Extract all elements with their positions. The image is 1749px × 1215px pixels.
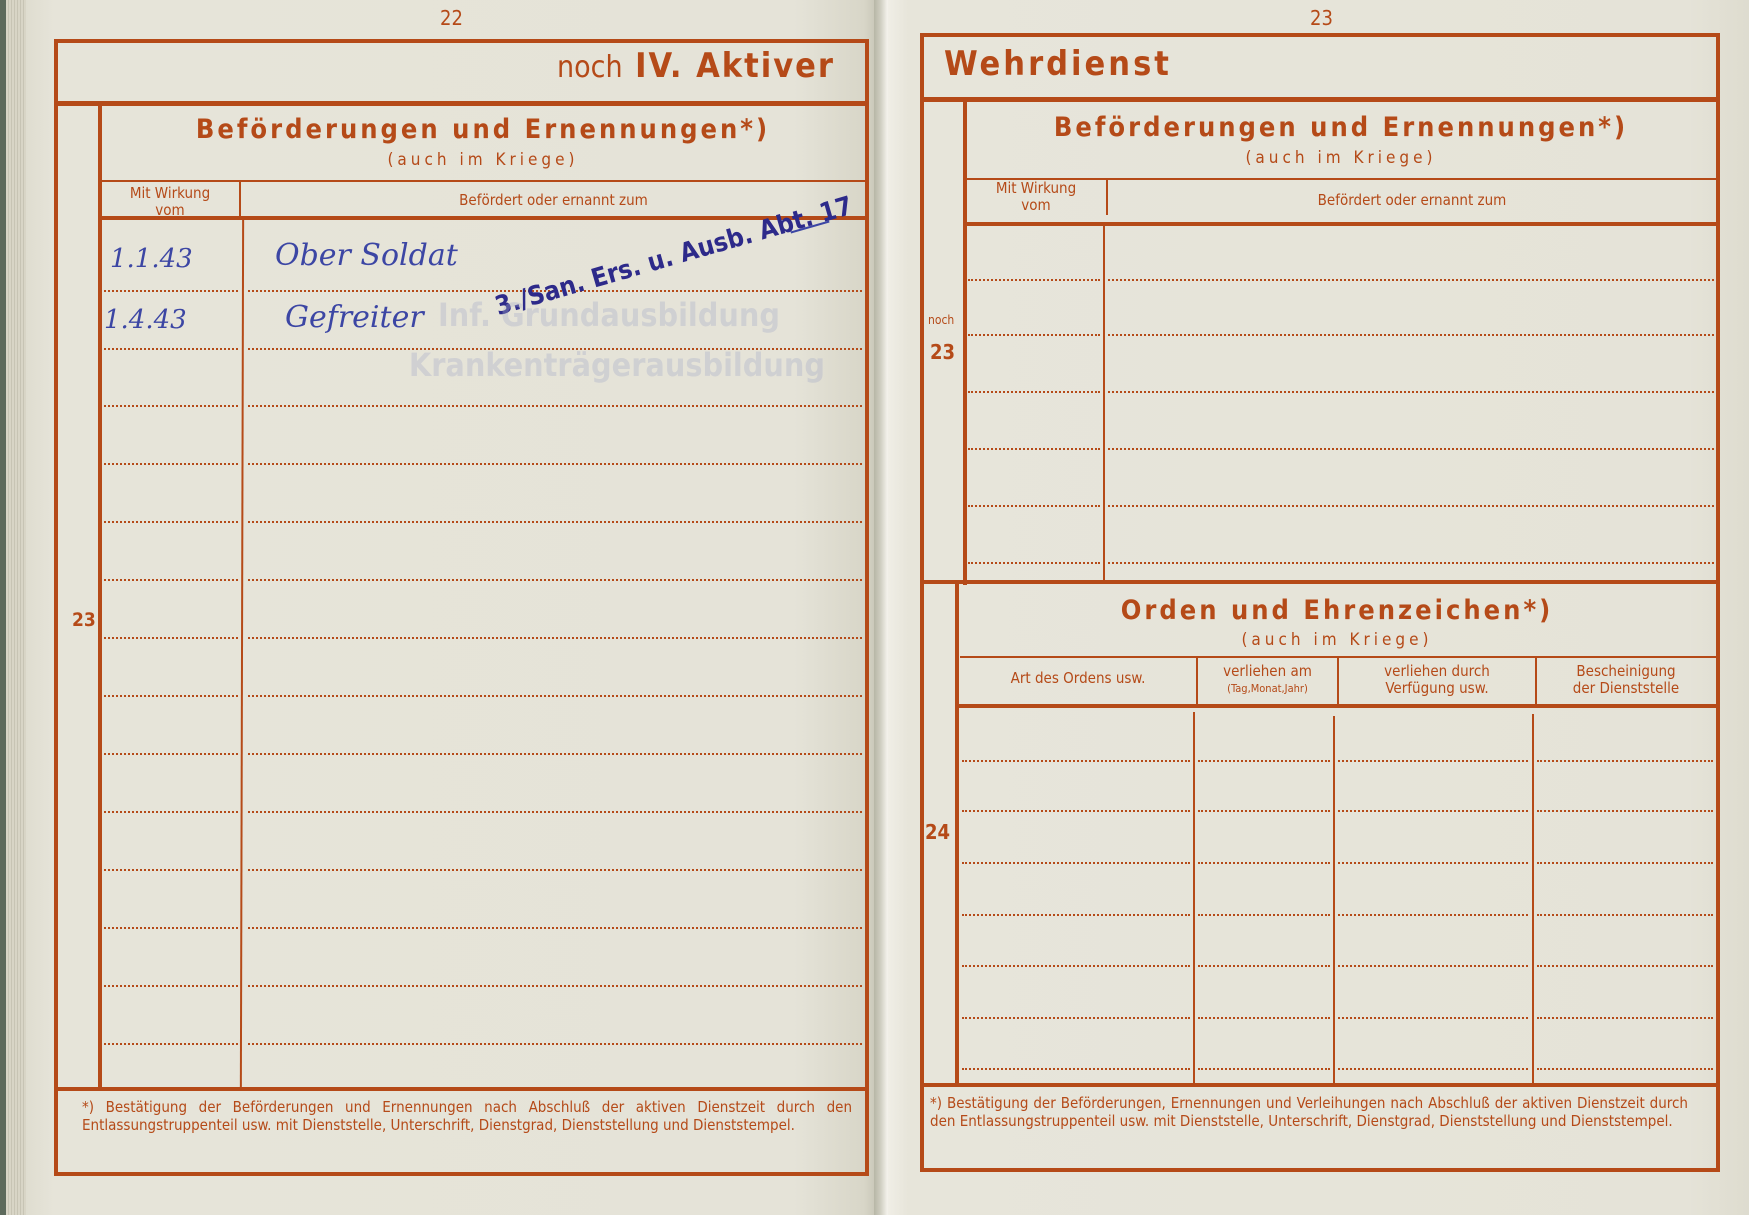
dotted-rule	[962, 862, 1190, 864]
right-section1-column-line	[963, 100, 967, 585]
dotted-rule	[968, 391, 1100, 393]
right-footnote-divider	[922, 1083, 1718, 1087]
dotted-rule	[248, 869, 862, 871]
dotted-rule	[962, 810, 1190, 812]
right-heading-2: Orden und Ehrenzeichen*)	[958, 595, 1716, 626]
left-header-divider	[54, 101, 869, 106]
dotted-rule	[1537, 914, 1713, 916]
entry-date-2: 1.4.43	[104, 305, 187, 335]
left-footnote: *) Bestätigung der Beförderungen und Ern…	[82, 1098, 852, 1134]
dotted-rule	[962, 1068, 1190, 1070]
dotted-rule	[248, 753, 862, 755]
dotted-rule	[104, 579, 238, 581]
col-befoerdert: Befördert oder ernannt zum	[241, 192, 866, 209]
col-verliehen-durch: verliehen durch Verfügung usw.	[1339, 663, 1535, 697]
dotted-rule	[962, 965, 1190, 967]
right-section2-column-line	[955, 583, 959, 1086]
dotted-rule	[968, 562, 1100, 564]
left-table-header-top	[100, 180, 866, 182]
dotted-rule	[1198, 1017, 1330, 1019]
dotted-rule	[1198, 760, 1330, 762]
dotted-rule	[1338, 760, 1528, 762]
dotted-rule	[968, 279, 1100, 281]
col-label-line2: Verfügung usw.	[1339, 680, 1535, 697]
right-table1-header-bottom	[966, 222, 1716, 226]
dotted-rule	[104, 927, 238, 929]
dotted-rule	[104, 753, 238, 755]
orden-body-divider-2	[1333, 716, 1335, 1084]
dotted-rule	[962, 1017, 1190, 1019]
right-subheading-2: (auch im Kriege)	[958, 630, 1716, 650]
dotted-rule	[962, 760, 1190, 762]
dotted-rule	[1537, 862, 1713, 864]
dotted-rule	[248, 463, 862, 465]
dotted-rule	[1537, 760, 1713, 762]
col-bescheinigung: Bescheinigung der Dienststelle	[1537, 663, 1715, 697]
dotted-rule	[962, 914, 1190, 916]
left-subheading: (auch im Kriege)	[100, 150, 866, 170]
title-prefix: noch	[557, 50, 623, 85]
dotted-rule	[104, 348, 238, 350]
col-label-line2: der Dienststelle	[1537, 680, 1715, 697]
dotted-rule	[248, 985, 862, 987]
col-mit-wirkung: Mit Wirkung vom	[102, 185, 238, 219]
dotted-rule	[104, 521, 238, 523]
dotted-rule	[1198, 965, 1330, 967]
dotted-rule	[1537, 965, 1713, 967]
dotted-rule	[104, 869, 238, 871]
col-label-line2: vom	[968, 197, 1104, 214]
dotted-rule	[104, 405, 238, 407]
dotted-rule	[1338, 1017, 1528, 1019]
dotted-rule	[104, 463, 238, 465]
page-number-left: 22	[440, 6, 463, 30]
dotted-rule	[1198, 810, 1330, 812]
dotted-rule	[1537, 1068, 1713, 1070]
dotted-rule	[104, 1043, 238, 1045]
dotted-rule	[1537, 1017, 1713, 1019]
dotted-rule	[1108, 279, 1714, 281]
orden-body-divider-3	[1532, 714, 1534, 1084]
page-edge-stack	[6, 0, 26, 1215]
dotted-rule	[248, 695, 862, 697]
right-header-divider	[920, 97, 1720, 102]
col-label-line1: Mit Wirkung	[102, 185, 238, 202]
dotted-rule	[1108, 391, 1714, 393]
col-label-line1: Mit Wirkung	[968, 180, 1104, 197]
col-verliehen-am: verliehen am (Tag,Monat,Jahr)	[1198, 663, 1337, 697]
page-number-right: 23	[1310, 6, 1333, 30]
dotted-rule	[968, 505, 1100, 507]
dotted-rule	[248, 1043, 862, 1045]
right-title: Wehrdienst	[944, 44, 1172, 84]
dotted-rule	[248, 927, 862, 929]
dotted-rule	[1108, 562, 1714, 564]
section-divider	[922, 580, 1718, 584]
dotted-rule	[968, 448, 1100, 450]
dotted-rule	[248, 811, 862, 813]
left-title-wrap: noch IV. Aktiver	[500, 46, 835, 86]
bleed-through-text-1: Inf. Grundausbildung	[438, 296, 780, 334]
dotted-rule	[1198, 1068, 1330, 1070]
right-col-mit-wirkung: Mit Wirkung vom	[968, 180, 1104, 214]
entry-rank-2: Gefreiter	[285, 300, 424, 335]
dotted-rule	[1198, 914, 1330, 916]
col-label-line1: Bescheinigung	[1537, 663, 1715, 680]
dotted-rule	[104, 695, 238, 697]
left-section-column-line	[98, 104, 102, 1088]
dotted-rule	[1338, 965, 1528, 967]
orden-body-divider-1	[1193, 712, 1195, 1084]
dotted-rule	[1108, 448, 1714, 450]
dotted-rule	[968, 334, 1100, 336]
dotted-rule	[104, 637, 238, 639]
bleed-through-text-2: Krankenträgerausbildung	[409, 346, 825, 384]
dotted-rule	[1108, 334, 1714, 336]
dotted-rule	[1338, 1068, 1528, 1070]
entry-rank-1: Ober Soldat	[275, 238, 458, 273]
entry-date-1: 1.1.43	[110, 244, 193, 274]
dotted-rule	[1537, 810, 1713, 812]
right-footnote: *) Bestätigung der Beförderungen, Ernenn…	[930, 1094, 1688, 1130]
col-label-line1: verliehen am	[1198, 663, 1337, 680]
right-body1-col-divider	[1103, 224, 1105, 581]
dotted-rule	[1198, 862, 1330, 864]
dotted-rule	[248, 637, 862, 639]
dotted-rule	[1338, 810, 1528, 812]
section-number-23-cont: 23	[930, 340, 955, 364]
dotted-rule	[104, 985, 238, 987]
left-footnote-divider	[56, 1087, 867, 1091]
section-number-23: 23	[72, 609, 96, 631]
right-subheading-1: (auch im Kriege)	[965, 148, 1717, 168]
dotted-rule	[248, 405, 862, 407]
right-table2-header-bottom	[958, 704, 1718, 708]
right-col-befoerdert: Befördert oder ernannt zum	[1108, 192, 1716, 209]
right-heading-1: Beförderungen und Ernennungen*)	[965, 112, 1717, 143]
dotted-rule	[248, 579, 862, 581]
dotted-rule	[1338, 914, 1528, 916]
dotted-rule	[104, 290, 238, 292]
dotted-rule	[248, 521, 862, 523]
left-heading: Beförderungen und Ernennungen*)	[100, 114, 866, 145]
dotted-rule	[1338, 862, 1528, 864]
dotted-rule	[1108, 505, 1714, 507]
dotted-rule	[104, 811, 238, 813]
section-title: IV. Aktiver	[635, 46, 835, 86]
col-label-line2: (Tag,Monat,Jahr)	[1198, 680, 1337, 697]
col-art-des-ordens: Art des Ordens usw.	[960, 670, 1196, 687]
col-label-line1: verliehen durch	[1339, 663, 1535, 680]
marker-noch: noch	[928, 313, 954, 327]
section-number-24: 24	[925, 820, 950, 844]
